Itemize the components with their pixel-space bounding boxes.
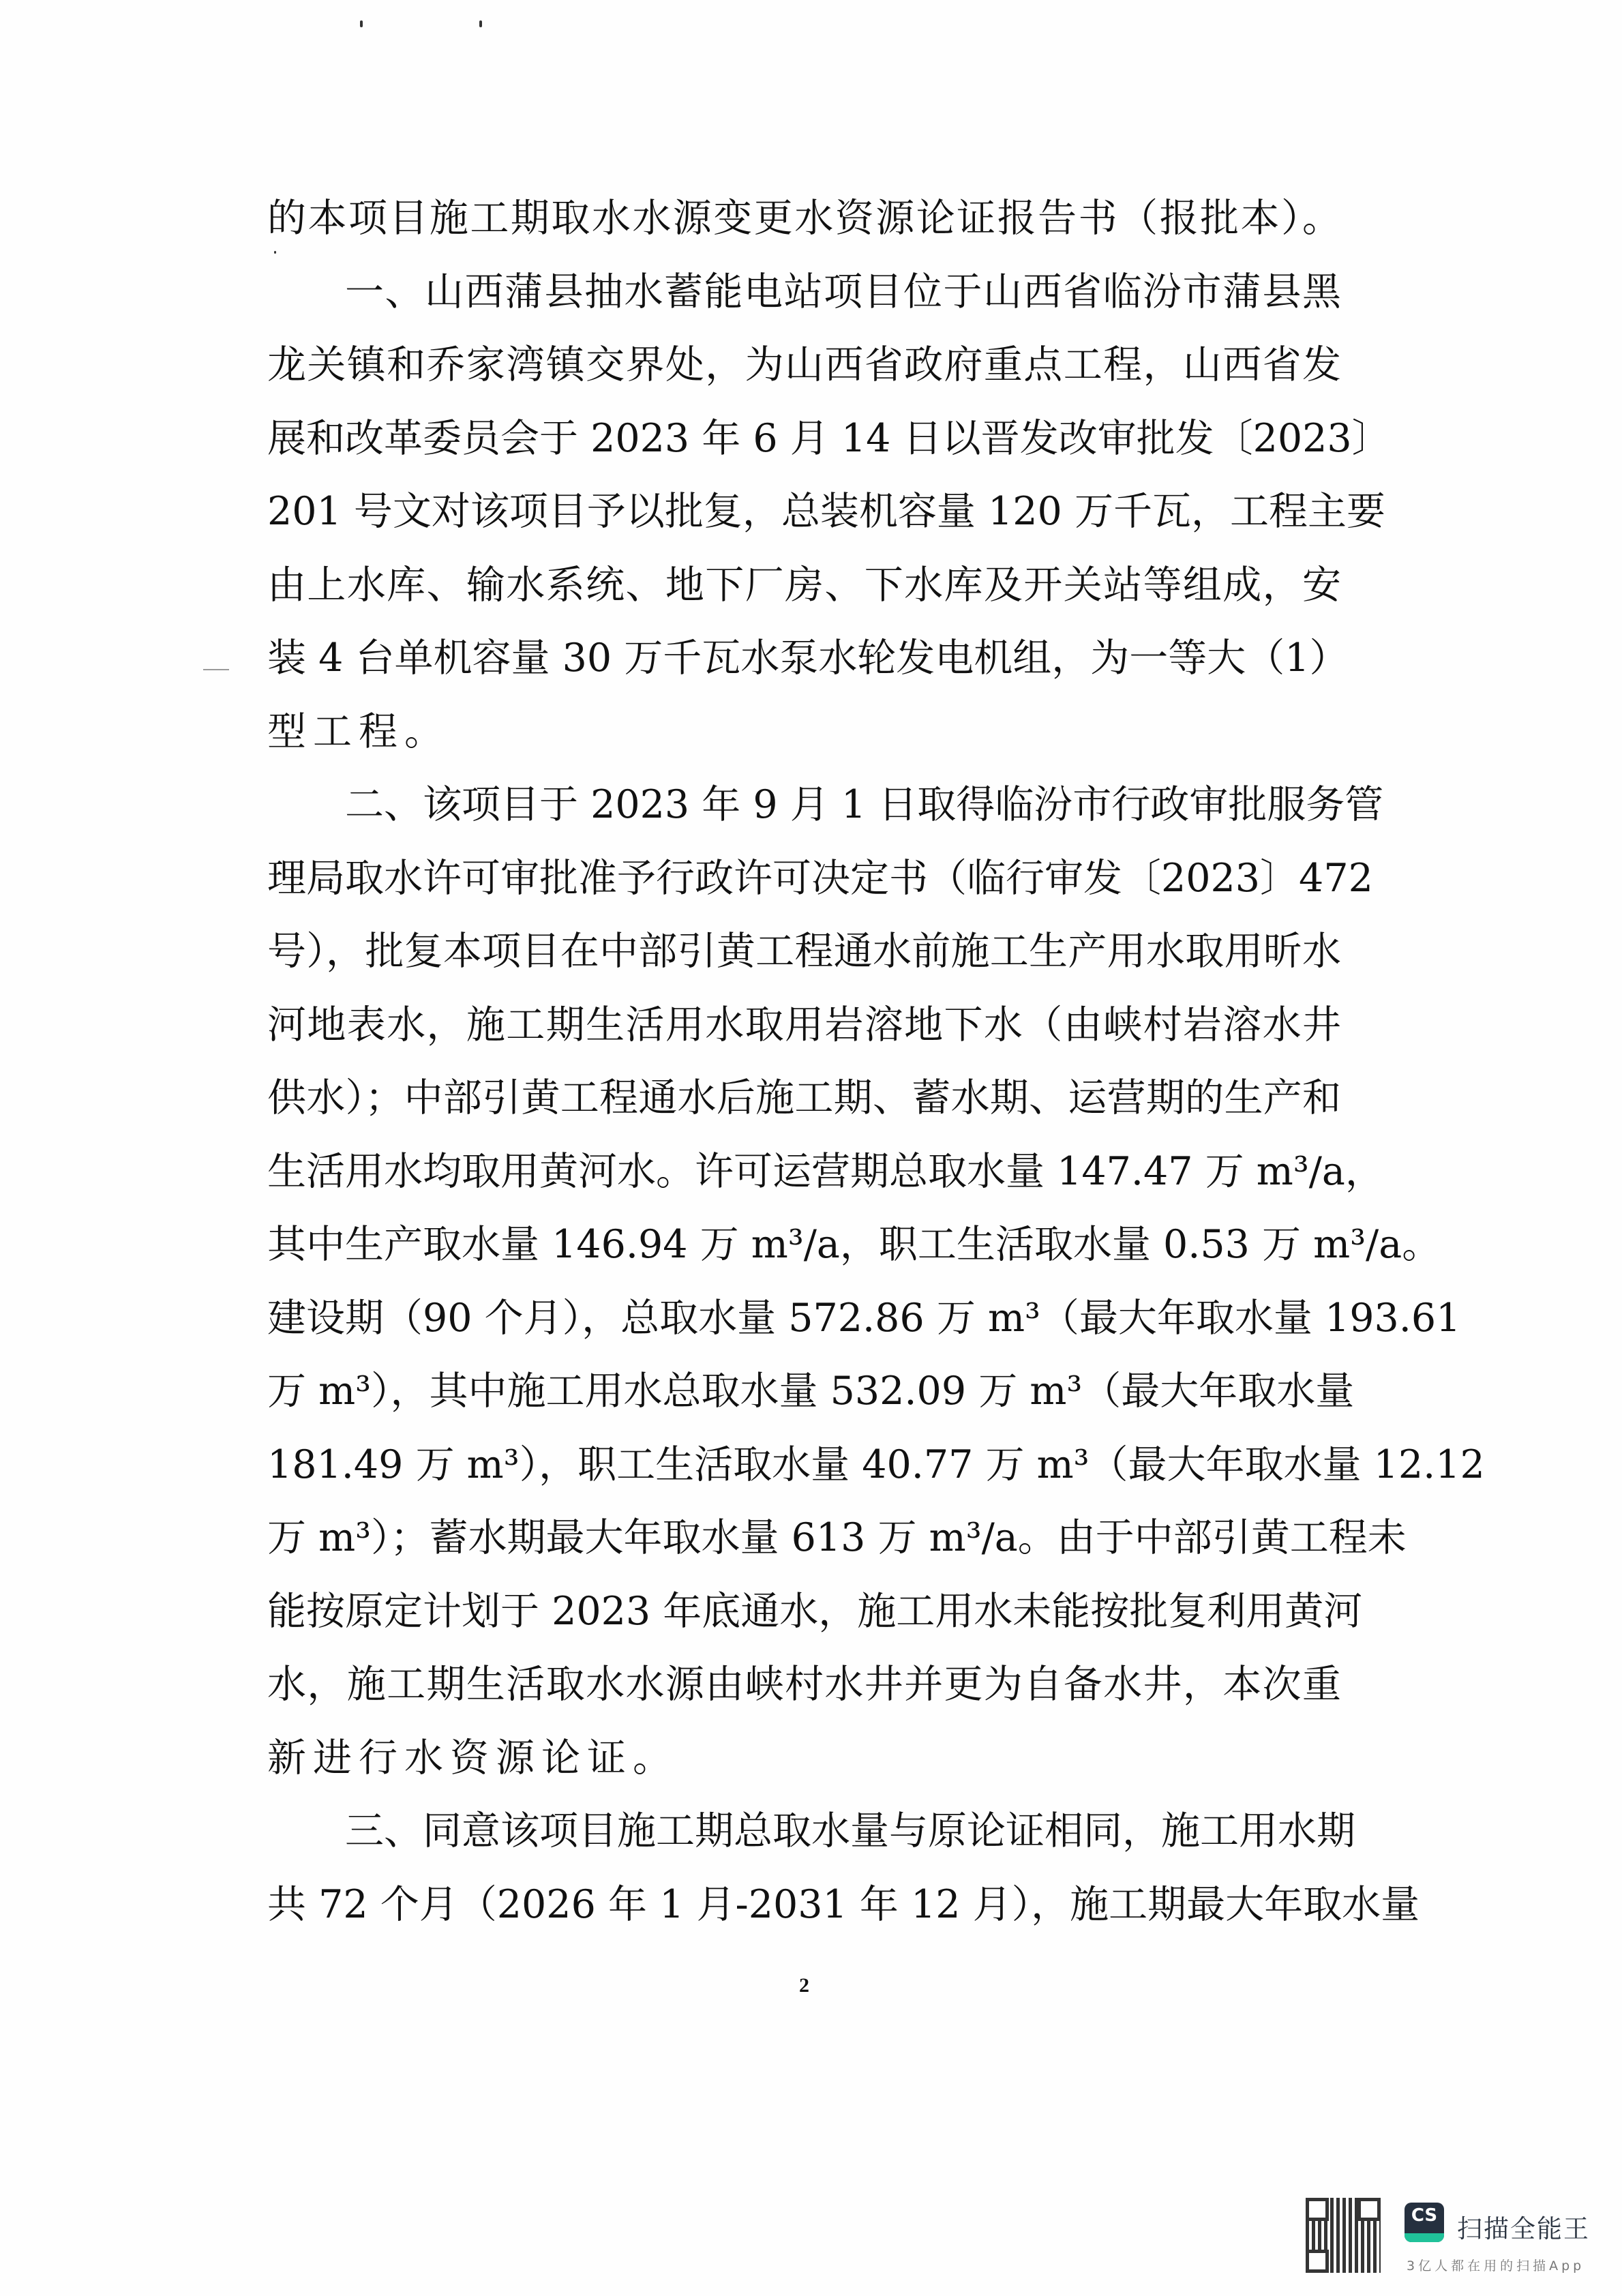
text-line: 共 72 个月（2026 年 1 月-2031 年 12 月），施工期最大年取水… (267, 1883, 1341, 1956)
paragraph-2-start: 二、该项目于 2023 年 9 月 1 日取得临汾市行政审批服务管 (267, 783, 1341, 856)
text-line: 水，施工期生活取水水源由峡村水井并更为自备水井，本次重 (267, 1663, 1341, 1736)
scanned-page: 的本项目施工期取水水源变更水资源论证报告书（报批本）。 一、山西蒲县抽水蓄能电站… (0, 0, 1622, 2296)
margin-mark (203, 669, 229, 670)
text-line: 其中生产取水量 146.94 万 m³/a，职工生活取水量 0.53 万 m³/… (267, 1223, 1341, 1296)
text-line: 万 m³），其中施工用水总取水量 532.09 万 m³（最大年取水量 (267, 1369, 1341, 1443)
page-number: 2 (799, 1974, 809, 1997)
brand-name: 扫描全能王 (1457, 2208, 1590, 2245)
text-line: 201 号文对该项目予以批复，总装机容量 120 万千瓦，工程主要 (267, 490, 1341, 563)
scan-speck (479, 20, 482, 27)
logo-band (1405, 2233, 1444, 2242)
logo-text: CS (1405, 2205, 1444, 2226)
scan-speck (360, 20, 363, 27)
camscanner-watermark: CS 扫描全能王 3亿人都在用的扫描App (1299, 2189, 1619, 2284)
camscanner-logo-icon: CS (1405, 2203, 1444, 2242)
text-line: 理局取水许可审批准予行政许可决定书（临行审发〔2023〕472 (267, 856, 1341, 930)
brand-tagline: 3亿人都在用的扫描App (1407, 2256, 1585, 2274)
text-line: 能按原定计划于 2023 年底通水，施工用水未能按批复利用黄河 (267, 1590, 1341, 1663)
text-line: 龙关镇和乔家湾镇交界处，为山西省政府重点工程，山西省发 (267, 343, 1341, 417)
text-line: 型工程。 (267, 710, 1341, 784)
text-line: 的本项目施工期取水水源变更水资源论证报告书（报批本）。 (267, 196, 1341, 270)
qr-code-icon (1306, 2198, 1381, 2273)
text-line: 建设期（90 个月），总取水量 572.86 万 m³（最大年取水量 193.6… (267, 1296, 1341, 1370)
text-line: 万 m³）；蓄水期最大年取水量 613 万 m³/a。由于中部引黄工程未 (267, 1516, 1341, 1590)
text-line: 号），批复本项目在中部引黄工程通水前施工生产用水取用昕水 (267, 929, 1341, 1003)
document-body: 的本项目施工期取水水源变更水资源论证报告书（报批本）。 一、山西蒲县抽水蓄能电站… (267, 196, 1341, 1956)
text-line: 装 4 台单机容量 30 万千瓦水泵水轮发电机组，为一等大（1） (267, 636, 1341, 710)
text-line: 181.49 万 m³），职工生活取水量 40.77 万 m³（最大年取水量 1… (267, 1443, 1341, 1517)
text-line: 由上水库、输水系统、地下厂房、下水库及开关站等组成，安 (267, 563, 1341, 637)
paragraph-3-start: 三、同意该项目施工期总取水量与原论证相同，施工用水期 (267, 1809, 1341, 1883)
text-line: 新进行水资源论证。 (267, 1736, 1341, 1810)
text-line: 供水）；中部引黄工程通水后施工期、蓄水期、运营期的生产和 (267, 1076, 1341, 1150)
text-line: 生活用水均取用黄河水。许可运营期总取水量 147.47 万 m³/a， (267, 1150, 1341, 1223)
text-line: 河地表水，施工期生活用水取用岩溶地下水（由峡村岩溶水井 (267, 1003, 1341, 1077)
text-line: 展和改革委员会于 2023 年 6 月 14 日以晋发改审批发〔2023〕 (267, 417, 1341, 490)
paragraph-1-start: 一、山西蒲县抽水蓄能电站项目位于山西省临汾市蒲县黑 (267, 270, 1341, 344)
